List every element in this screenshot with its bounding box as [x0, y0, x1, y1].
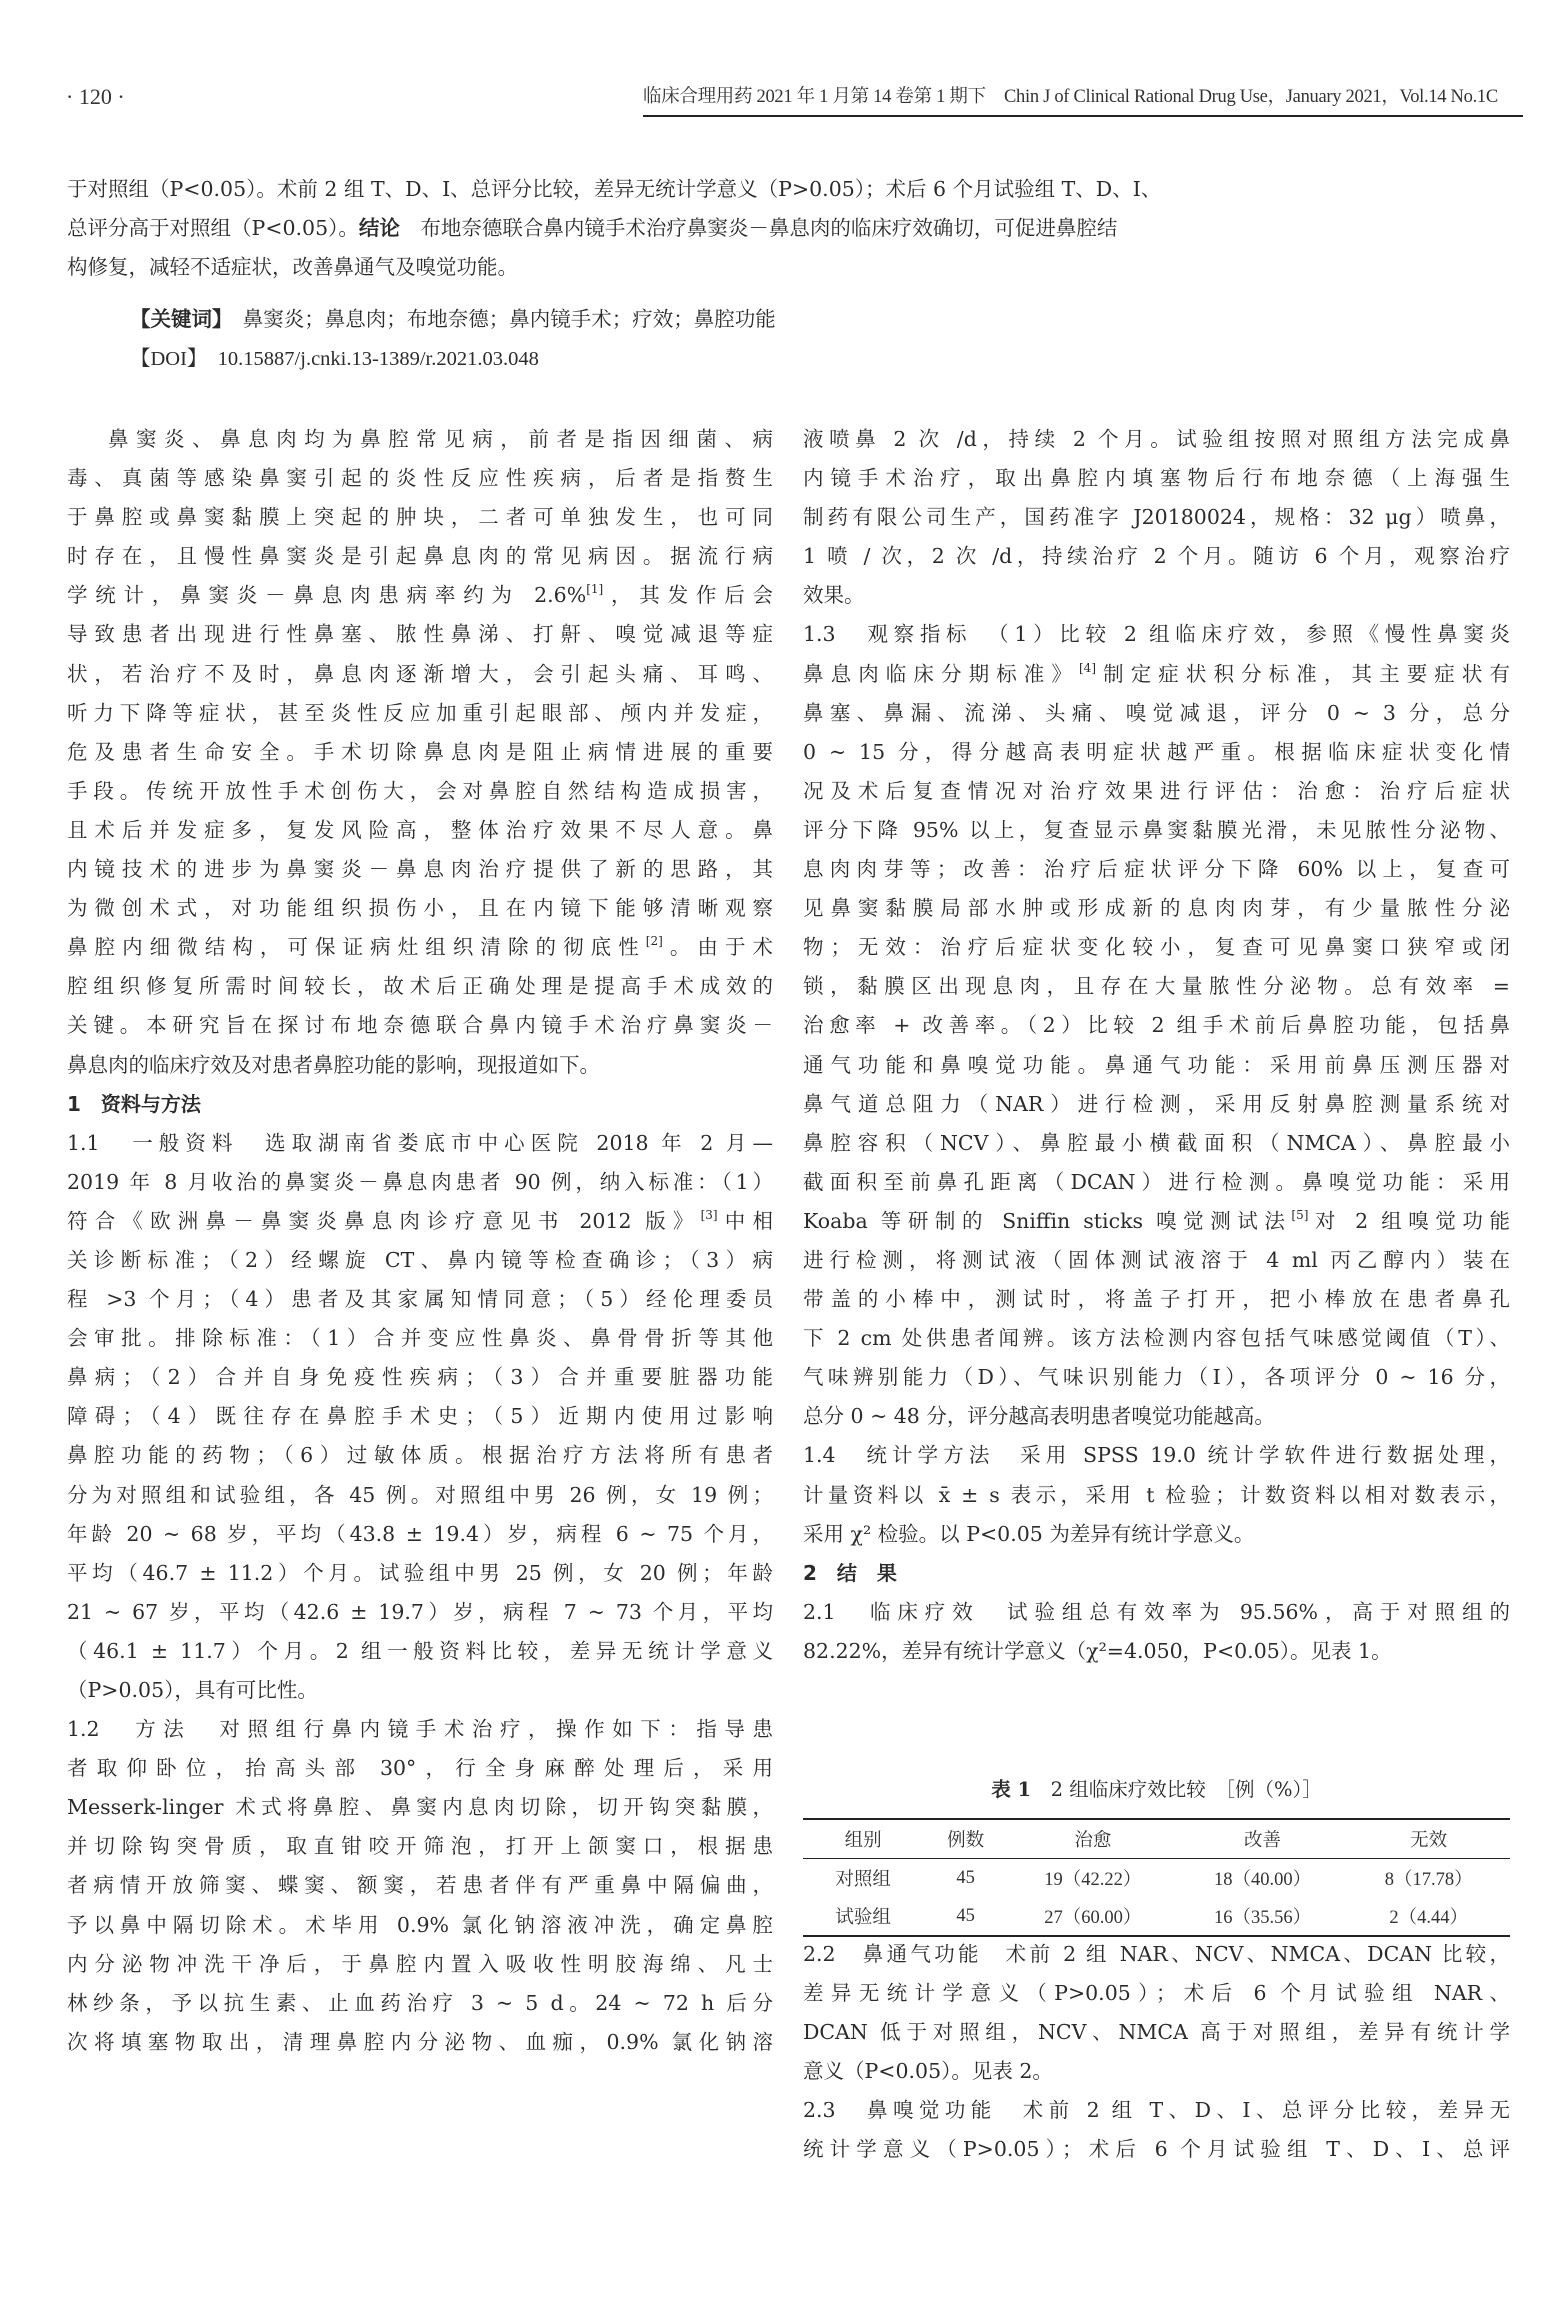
- cell: 试验组: [803, 1897, 923, 1936]
- body-line: 意义（P<0.05）。见表 2。: [803, 2052, 1510, 2091]
- left-column: 鼻窦炎、鼻息肉均为鼻腔常见病，前者是指因细菌、病 毒、真菌等感染鼻窦引起的炎性反…: [67, 420, 773, 2062]
- body-line: 鼻腔内细微结构，可保证病灶组织清除的彻底性[2]。由于术: [67, 928, 773, 967]
- body-line: 林纱条，予以抗生素、止血药治疗 3 ~ 5 d。24 ~ 72 h 后分: [67, 1984, 773, 2023]
- body-text: Koaba 等研制的 Sniffin sticks 嗅觉测试法: [803, 1209, 1291, 1233]
- body-line: 0 ~ 15 分，得分越高表明症状越严重。根据临床症状变化情: [803, 733, 1510, 772]
- col-header-improved: 改善: [1178, 1819, 1348, 1859]
- section-heading-2: 2 结 果: [803, 1554, 1510, 1593]
- body-line: 内镜技术的进步为鼻窦炎－鼻息肉治疗提供了新的思路，其: [67, 850, 773, 889]
- body-line: 内分泌物冲洗干净后，于鼻腔内置入吸收性明胶海绵、凡士: [67, 1945, 773, 1984]
- body-text: 鼻腔内细微结构，可保证病灶组织清除的彻底性: [67, 935, 646, 959]
- col-header-ineffective: 无效: [1347, 1819, 1510, 1859]
- body-line: 采用 χ² 检验。以 P<0.05 为差异有统计学意义。: [803, 1515, 1510, 1554]
- table-header-row: 组别 例数 治愈 改善 无效: [803, 1819, 1510, 1859]
- table-row: 试验组 45 27（60.00） 16（35.56） 2（4.44）: [803, 1897, 1510, 1936]
- body-line: 学统计，鼻窦炎－鼻息肉患病率约为 2.6%[1]，其发作后会: [67, 576, 773, 615]
- body-line: 手段。传统开放性手术创伤大，会对鼻腔自然结构造成损害，: [67, 772, 773, 811]
- keywords: 【关键词】 鼻窦炎；鼻息肉；布地奈德；鼻内镜手术；疗效；鼻腔功能: [130, 300, 776, 339]
- body-line: 物；无效：治疗后症状变化较小，复查可见鼻窦口狭窄或闭: [803, 928, 1510, 967]
- body-line: 程 >3 个月；（4）患者及其家属知情同意；（5）经伦理委员: [67, 1280, 773, 1319]
- conclusion-label: 结论: [359, 216, 400, 240]
- body-line: 且术后并发症多，复发风险高，整体治疗效果不尽人意。鼻: [67, 811, 773, 850]
- body-line: 2.3 鼻嗅觉功能 术前 2 组 T、D、I、总评分比较，差异无: [803, 2091, 1510, 2130]
- body-line: 21 ~ 67 岁，平均（42.6 ± 19.7）岁，病程 7 ~ 73 个月，…: [67, 1593, 773, 1632]
- body-line: 鼻腔功能的药物；（6）过敏体质。根据治疗方法将所有患者: [67, 1436, 773, 1475]
- body-text: ，其发作后会: [603, 583, 773, 607]
- body-line: 通气功能和鼻嗅觉功能。鼻通气功能：采用前鼻压测压器对: [803, 1046, 1510, 1085]
- body-line: （P>0.05），具有可比性。: [67, 1671, 773, 1710]
- body-line: 鼻窦炎、鼻息肉均为鼻腔常见病，前者是指因细菌、病: [67, 420, 773, 459]
- col-header-cured: 治愈: [1008, 1819, 1178, 1859]
- body-line: 1.3 观察指标 （1）比较 2 组临床疗效，参照《慢性鼻窦炎: [803, 615, 1510, 654]
- body-line: 次将填塞物取出，清理鼻腔内分泌物、血痂，0.9% 氯化钠溶: [67, 2023, 773, 2062]
- body-line: 液喷鼻 2 次 /d，持续 2 个月。试验组按照对照组方法完成鼻: [803, 420, 1510, 459]
- abstract-text: 总评分高于对照组（P<0.05）。: [67, 216, 359, 240]
- body-line: 鼻病；（2）合并自身免疫性疾病；（3）合并重要脏器功能: [67, 1358, 773, 1397]
- body-line: 制药有限公司生产，国药准字 J20180024，规格：32 μg）喷鼻，: [803, 498, 1510, 537]
- body-line: 见鼻窦黏膜局部水肿或形成新的息肉肉芽，有少量脓性分泌: [803, 889, 1510, 928]
- body-line: 并切除钩突骨质，取直钳咬开筛泡，打开上颌窦口，根据患: [67, 1827, 773, 1866]
- right-column-continued: 2.2 鼻通气功能 术前 2 组 NAR、NCV、NMCA、DCAN 比较， 差…: [803, 1935, 1510, 2170]
- citation-4[interactable]: [4]: [1079, 661, 1096, 675]
- abstract-tail: 于对照组（P<0.05）。术前 2 组 T、D、I、总评分比较，差异无统计学意义…: [67, 170, 1447, 287]
- header-rule: [643, 115, 1523, 117]
- cell: 对照组: [803, 1859, 923, 1898]
- body-line: 关诊断标准；（2）经螺旋 CT、鼻内镜等检查确诊；（3）病: [67, 1241, 773, 1280]
- keywords-label: 【关键词】: [130, 307, 222, 331]
- table-label: 表 1: [991, 1778, 1031, 1801]
- table-1-caption: 表 1 2 组临床疗效比较 ［例（%）］: [803, 1775, 1510, 1805]
- body-line: 统计学意义（P>0.05）；术后 6 个月试验组 T、D、I、总评: [803, 2130, 1510, 2169]
- body-line: 于鼻腔或鼻窦黏膜上突起的肿块，二者可单独发生，也可同: [67, 498, 773, 537]
- body-line: 危及患者生命安全。手术切除鼻息肉是阻止病情进展的重要: [67, 733, 773, 772]
- body-text: 鼻息肉临床分期标准》: [803, 662, 1079, 686]
- body-line: 2.2 鼻通气功能 术前 2 组 NAR、NCV、NMCA、DCAN 比较，: [803, 1935, 1510, 1974]
- running-head: 临床合理用药 2021 年 1 月第 14 卷第 1 期下 Chin J of …: [643, 82, 1523, 108]
- cell: 2（4.44）: [1347, 1897, 1510, 1936]
- body-line: 鼻息肉临床分期标准》[4]制定症状积分标准，其主要症状有: [803, 655, 1510, 694]
- abstract-line: 于对照组（P<0.05）。术前 2 组 T、D、I、总评分比较，差异无统计学意义…: [67, 170, 1447, 209]
- doi-label: 【DOI】: [130, 348, 197, 370]
- section-heading-1: 1 资料与方法: [67, 1085, 773, 1124]
- abstract-line: 总评分高于对照组（P<0.05）。结论 布地奈德联合鼻内镜手术治疗鼻窦炎－鼻息肉…: [67, 209, 1447, 248]
- body-line: 截面积至前鼻孔距离（DCAN）进行检测。鼻嗅觉功能：采用: [803, 1163, 1510, 1202]
- body-line: 锁，黏膜区出现息肉，且存在大量脓性分泌物。总有效率 =: [803, 967, 1510, 1006]
- body-line: 总分 0 ~ 48 分，评分越高表明患者嗅觉功能越高。: [803, 1397, 1510, 1436]
- body-line: 鼻腔容积（NCV）、鼻腔最小横截面积（NMCA）、鼻腔最小: [803, 1124, 1510, 1163]
- body-line: 障碍；（4）既往存在鼻腔手术史；（5）近期内使用过影响: [67, 1397, 773, 1436]
- body-line: 差异无统计学意义（P>0.05）；术后 6 个月试验组 NAR、: [803, 1974, 1510, 2013]
- cell: 8（17.78）: [1347, 1859, 1510, 1898]
- doi: 【DOI】 10.15887/j.cnki.13-1389/r.2021.03.…: [130, 340, 539, 379]
- body-line: 状，若治疗不及时，鼻息肉逐渐增大，会引起头痛、耳鸣、: [67, 655, 773, 694]
- body-line: Messerk-linger 术式将鼻腔、鼻窦内息肉切除，切开钩突黏膜，: [67, 1788, 773, 1827]
- body-text: 符合《欧洲鼻－鼻窦炎鼻息肉诊疗意见书 2012 版》: [67, 1209, 701, 1233]
- body-line: 鼻塞、鼻漏、流涕、头痛、嗅觉减退，评分 0 ~ 3 分，总分: [803, 694, 1510, 733]
- body-line: DCAN 低于对照组，NCV、NMCA 高于对照组，差异有统计学: [803, 2013, 1510, 2052]
- cell: 45: [923, 1897, 1008, 1936]
- body-text: 对 2 组嗅觉功能: [1308, 1209, 1510, 1233]
- body-line: 年龄 20 ~ 68 岁，平均（43.8 ± 19.4）岁，病程 6 ~ 75 …: [67, 1515, 773, 1554]
- citation-1[interactable]: [1]: [586, 582, 603, 596]
- cell: 45: [923, 1859, 1008, 1898]
- body-line: 者取仰卧位，抬高头部 30°，行全身麻醉处理后，采用: [67, 1749, 773, 1788]
- body-line: 进行检测，将测试液（固体测试液溶于 4 ml 丙乙醇内）装在: [803, 1241, 1510, 1280]
- body-line: 2.1 临床疗效 试验组总有效率为 95.56%，高于对照组的: [803, 1593, 1510, 1632]
- body-line: 计量资料以 x̄ ± s 表示，采用 t 检验；计数资料以相对数表示，: [803, 1476, 1510, 1515]
- col-header-group: 组别: [803, 1819, 923, 1859]
- page-number: · 120 ·: [66, 84, 125, 110]
- body-line: 息肉肉芽等；改善：治疗后症状评分下降 60% 以上，复查可: [803, 850, 1510, 889]
- citation-3[interactable]: [3]: [701, 1208, 718, 1222]
- body-text: 制定症状积分标准，其主要症状有: [1096, 662, 1510, 686]
- body-line: 分为对照组和试验组，各 45 例。对照组中男 26 例，女 19 例；: [67, 1476, 773, 1515]
- body-line: 符合《欧洲鼻－鼻窦炎鼻息肉诊疗意见书 2012 版》[3]中相: [67, 1202, 773, 1241]
- body-line: 为微创术式，对功能组织损伤小，且在内镜下能够清晰观察: [67, 889, 773, 928]
- citation-5[interactable]: [5]: [1291, 1208, 1308, 1222]
- body-line: 下 2 cm 处供患者闻辨。该方法检测内容包括气味感觉阈值（T）、: [803, 1319, 1510, 1358]
- body-line: 者病情开放筛窦、蝶窦、额窦，若患者伴有严重鼻中隔偏曲，: [67, 1866, 773, 1905]
- body-line: 毒、真菌等感染鼻窦引起的炎性反应性疾病，后者是指赘生: [67, 459, 773, 498]
- body-line: 鼻气道总阻力（NAR）进行检测，采用反射鼻腔测量系统对: [803, 1085, 1510, 1124]
- body-line: 1 喷 / 次，2 次 /d，持续治疗 2 个月。随访 6 个月，观察治疗: [803, 537, 1510, 576]
- body-line: Koaba 等研制的 Sniffin sticks 嗅觉测试法[5]对 2 组嗅…: [803, 1202, 1510, 1241]
- body-line: 时存在，且慢性鼻窦炎是引起鼻息肉的常见病因。据流行病: [67, 537, 773, 576]
- cell: 16（35.56）: [1178, 1897, 1348, 1936]
- body-text: 学统计，鼻窦炎－鼻息肉患病率约为 2.6%: [67, 583, 586, 607]
- body-line: 平均（46.7 ± 11.2）个月。试验组中男 25 例，女 20 例；年龄: [67, 1554, 773, 1593]
- body-line: 会审批。排除标准：（1）合并变应性鼻炎、鼻骨骨折等其他: [67, 1319, 773, 1358]
- cell: 27（60.00）: [1008, 1897, 1178, 1936]
- body-line: 1.2 方法 对照组行鼻内镜手术治疗，操作如下：指导患: [67, 1710, 773, 1749]
- body-line: （46.1 ± 11.7）个月。2 组一般资料比较，差异无统计学意义: [67, 1632, 773, 1671]
- abstract-line: 构修复，减轻不适症状，改善鼻通气及嗅觉功能。: [67, 248, 1447, 287]
- conclusion-text: 布地奈德联合鼻内镜手术治疗鼻窦炎－鼻息肉的临床疗效确切，可促进鼻腔结: [400, 216, 1118, 240]
- table-title: 2 组临床疗效比较 ［例（%）］: [1031, 1778, 1322, 1801]
- body-line: 导致患者出现进行性鼻塞、脓性鼻涕、打鼾、嗅觉减退等症: [67, 615, 773, 654]
- keywords-text: 鼻窦炎；鼻息肉；布地奈德；鼻内镜手术；疗效；鼻腔功能: [222, 307, 776, 331]
- cell: 19（42.22）: [1008, 1859, 1178, 1898]
- body-line: 评分下降 95% 以上，复查显示鼻窦黏膜光滑，未见脓性分泌物、: [803, 811, 1510, 850]
- body-line: 带盖的小棒中，测试时，将盖子打开，把小棒放在患者鼻孔: [803, 1280, 1510, 1319]
- right-column: 液喷鼻 2 次 /d，持续 2 个月。试验组按照对照组方法完成鼻 内镜手术治疗，…: [803, 420, 1510, 1671]
- citation-2[interactable]: [2]: [646, 934, 663, 948]
- body-line: 82.22%，差异有统计学意义（χ²=4.050，P<0.05）。见表 1。: [803, 1632, 1510, 1671]
- table-1: 组别 例数 治愈 改善 无效 对照组 45 19（42.22） 18（40.00…: [803, 1818, 1510, 1937]
- body-line: 鼻息肉的临床疗效及对患者鼻腔功能的影响，现报道如下。: [67, 1046, 773, 1085]
- body-line: 腔组织修复所需时间较长，故术后正确处理是提高手术成效的: [67, 967, 773, 1006]
- body-line: 治愈率 + 改善率。（2）比较 2 组手术前后鼻腔功能，包括鼻: [803, 1006, 1510, 1045]
- body-line: 听力下降等症状，甚至炎性反应加重引起眼部、颅内并发症，: [67, 694, 773, 733]
- body-line: 1.1 一般资料 选取湖南省娄底市中心医院 2018 年 2 月—: [67, 1124, 773, 1163]
- cell: 18（40.00）: [1178, 1859, 1348, 1898]
- body-text: 。由于术: [663, 935, 773, 959]
- body-line: 效果。: [803, 576, 1510, 615]
- col-header-count: 例数: [923, 1819, 1008, 1859]
- body-line: 1.4 统计学方法 采用 SPSS 19.0 统计学软件进行数据处理，: [803, 1436, 1510, 1475]
- body-line: 2019 年 8 月收治的鼻窦炎－鼻息肉患者 90 例，纳入标准：（1）: [67, 1163, 773, 1202]
- body-line: 气味辨别能力（D）、气味识别能力（I），各项评分 0 ~ 16 分，: [803, 1358, 1510, 1397]
- body-line: 关键。本研究旨在探讨布地奈德联合鼻内镜手术治疗鼻窦炎－: [67, 1006, 773, 1045]
- body-line: 况及术后复查情况对治疗效果进行评估：治愈：治疗后症状: [803, 772, 1510, 811]
- body-text: 中相: [718, 1209, 773, 1233]
- table-row: 对照组 45 19（42.22） 18（40.00） 8（17.78）: [803, 1859, 1510, 1898]
- body-line: 予以鼻中隔切除术。术毕用 0.9% 氯化钠溶液冲洗，确定鼻腔: [67, 1906, 773, 1945]
- body-line: 内镜手术治疗，取出鼻腔内填塞物后行布地奈德（上海强生: [803, 459, 1510, 498]
- doi-link[interactable]: 10.15887/j.cnki.13-1389/r.2021.03.048: [197, 348, 539, 370]
